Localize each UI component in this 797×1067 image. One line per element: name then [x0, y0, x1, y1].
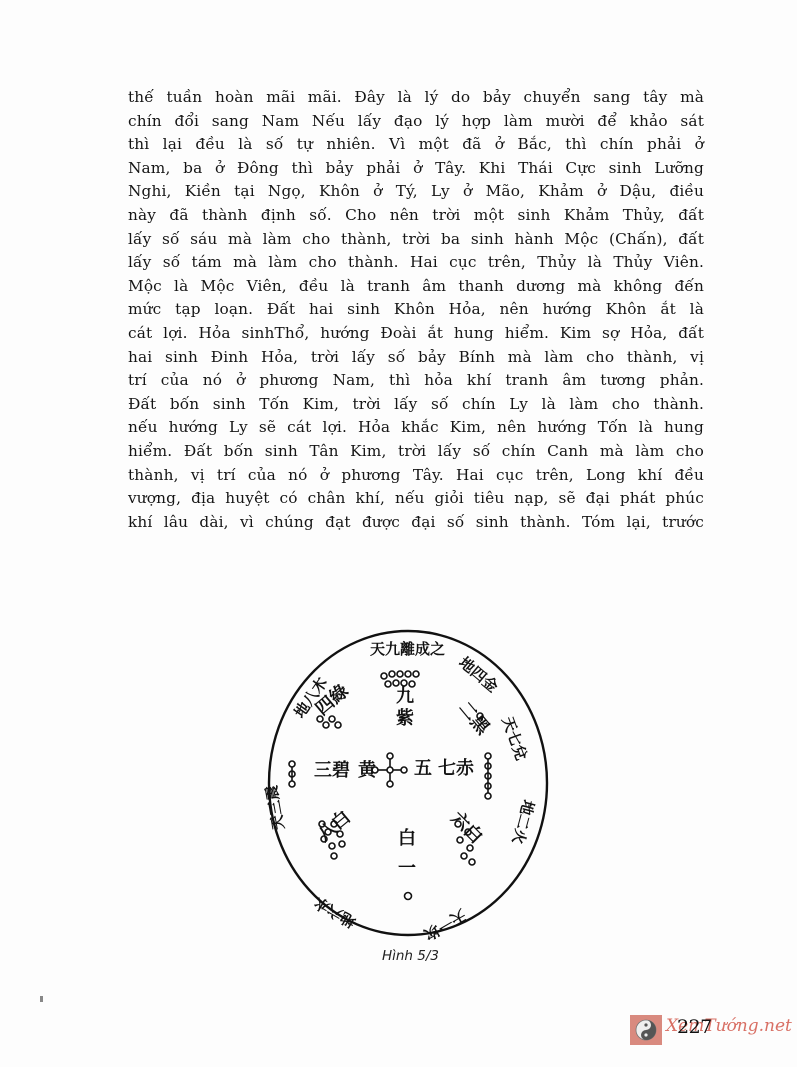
svg-text:二黑: 二黑 — [454, 698, 494, 740]
figure-caption: Hình 5/3 — [0, 948, 797, 964]
svg-text:六白: 六白 — [446, 807, 487, 848]
caption-text: Hình 5/3 — [382, 948, 439, 964]
text-line: chín đổi sang Nam Nếu lấy đạo lý hợp làm… — [128, 110, 704, 134]
svg-text:地二火: 地二火 — [508, 798, 537, 846]
text-line: hiểm. Đất bốn sinh Tân Kim, trời lấy số … — [128, 440, 704, 464]
svg-text:天七兌: 天七兌 — [498, 714, 530, 762]
svg-text:一: 一 — [398, 858, 416, 879]
text-line: nếu hướng Ly sẽ cát lợi. Hỏa khắc Kim, n… — [128, 416, 704, 440]
page-number: 227 — [677, 1016, 712, 1038]
text-line: lấy số sáu mà làm cho thành, trời ba sin… — [128, 228, 704, 252]
text-line: trí của nó ở phương Nam, thì hỏa khí tra… — [128, 369, 704, 393]
text-line: Mộc là Mộc Viên, đều là tranh âm thanh d… — [128, 275, 704, 299]
svg-text:黄: 黄 — [358, 760, 377, 781]
scanned-book-page: thế tuần hoàn mãi mãi. Đây là lý do bảy … — [0, 0, 797, 1067]
svg-text:三碧: 三碧 — [314, 759, 350, 781]
text-line: thì lại đều là số tự nhiên. Vì một đã ở … — [128, 133, 704, 157]
svg-text:紫: 紫 — [396, 707, 414, 729]
text-line: mức tạp loạn. Đất hai sinh Khôn Hỏa, nên… — [128, 298, 704, 322]
svg-text:五: 五 — [414, 758, 432, 779]
svg-text:七赤: 七赤 — [438, 757, 475, 779]
text-line: khí lâu dài, vì chúng đạt được đại số si… — [128, 511, 704, 535]
text-line: lấy số tám mà làm cho thành. Hai cục trê… — [128, 251, 704, 275]
text-line: thành, vị trí của nó ở phương Tây. Hai c… — [128, 464, 704, 488]
text-line: Nghi, Kiền tại Ngọ, Khôn ở Tý, Ly ở Mão,… — [128, 180, 704, 204]
svg-text:天三震: 天三震 — [262, 784, 288, 831]
luoshu-circle-diagram: 天九離成之 地四金 天七兌 地二火 天一坎 地六水 天三震 地八木 九 紫 四綠… — [262, 624, 554, 942]
body-paragraph: thế tuần hoàn mãi mãi. Đây là lý do bảy … — [128, 86, 704, 534]
text-line: vượng, địa huyệt có chân khí, nếu giỏi t… — [128, 487, 704, 511]
svg-text:天一坎: 天一坎 — [420, 906, 469, 942]
text-line: thế tuần hoàn mãi mãi. Đây là lý do bảy … — [128, 86, 704, 110]
text-line: hai sinh Đinh Hỏa, trời lấy số bảy Bính … — [128, 346, 704, 370]
circle-diagram-drawing: 天九離成之 地四金 天七兌 地二火 天一坎 地六水 天三震 地八木 九 紫 四綠… — [262, 624, 554, 942]
svg-text:地四金: 地四金 — [455, 653, 501, 696]
svg-text:地六水: 地六水 — [311, 893, 359, 931]
svg-text:天九離成之: 天九離成之 — [370, 640, 445, 658]
scan-artifact — [40, 996, 43, 1002]
text-line: Đất bốn sinh Tốn Kim, trời lấy số chín L… — [128, 393, 704, 417]
text-line: này đã thành định số. Cho nên trời một s… — [128, 204, 704, 228]
svg-text:九: 九 — [396, 685, 414, 707]
yin-yang-icon — [630, 1015, 662, 1045]
svg-text:白: 白 — [398, 827, 416, 849]
text-line: cát lợi. Hỏa sinhThổ, hướng Đoài ắt hung… — [128, 322, 704, 346]
text-line: Nam, ba ở Đông thì bảy phải ở Tây. Khi T… — [128, 157, 704, 181]
